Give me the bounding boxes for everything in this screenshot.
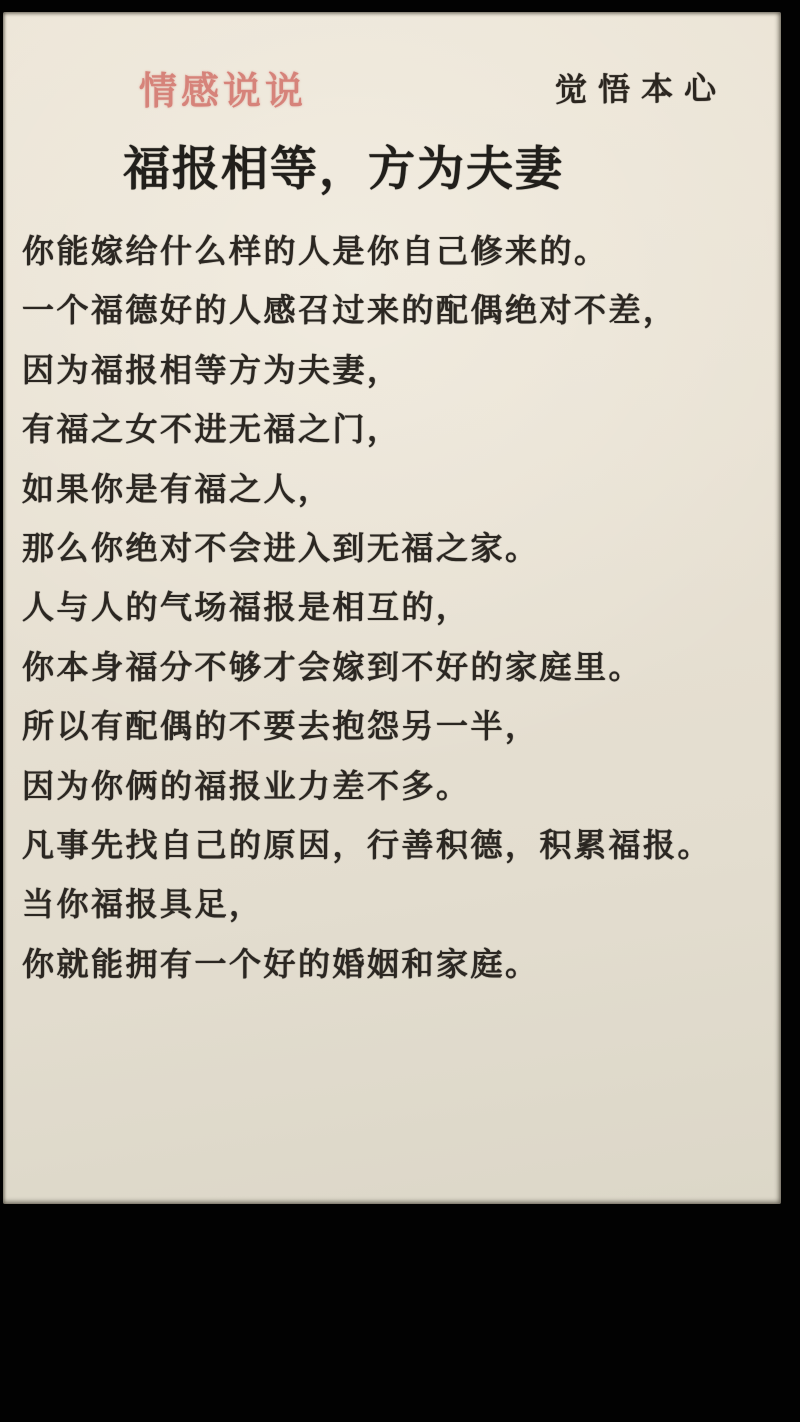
book-page: 情感说说 觉悟本心 福报相等，方为夫妻 你能嫁给什么样的人是你自己修来的。 一个… bbox=[3, 12, 781, 1204]
body-line: 一个福德好的人感召过来的配偶绝对不差， bbox=[22, 281, 765, 340]
page-title: 福报相等，方为夫妻 bbox=[123, 132, 564, 199]
image-canvas: 情感说说 觉悟本心 福报相等，方为夫妻 你能嫁给什么样的人是你自己修来的。 一个… bbox=[0, 0, 800, 1422]
calligraphy-signature: 觉悟本心 bbox=[555, 63, 727, 111]
body-line: 凡事先找自己的原因，行善积德，积累福报。 bbox=[22, 816, 765, 875]
body-line: 那么你绝对不会进入到无福之家。 bbox=[22, 519, 765, 578]
body-line: 有福之女不进无福之门， bbox=[22, 400, 765, 459]
body-text-block: 你能嫁给什么样的人是你自己修来的。 一个福德好的人感召过来的配偶绝对不差， 因为… bbox=[22, 222, 765, 994]
body-line: 因为福报相等方为夫妻， bbox=[22, 341, 765, 400]
body-line: 因为你俩的福报业力差不多。 bbox=[22, 757, 765, 816]
body-line: 如果你是有福之人， bbox=[22, 460, 765, 519]
body-line: 你本身福分不够才会嫁到不好的家庭里。 bbox=[22, 638, 765, 697]
watermark-text: 情感说说 bbox=[139, 60, 307, 115]
body-line: 当你福报具足， bbox=[22, 875, 765, 934]
body-line: 人与人的气场福报是相互的， bbox=[22, 578, 765, 637]
body-line: 所以有配偶的不要去抱怨另一半， bbox=[22, 697, 765, 756]
body-line: 你能嫁给什么样的人是你自己修来的。 bbox=[22, 222, 765, 281]
body-line: 你就能拥有一个好的婚姻和家庭。 bbox=[22, 935, 765, 994]
